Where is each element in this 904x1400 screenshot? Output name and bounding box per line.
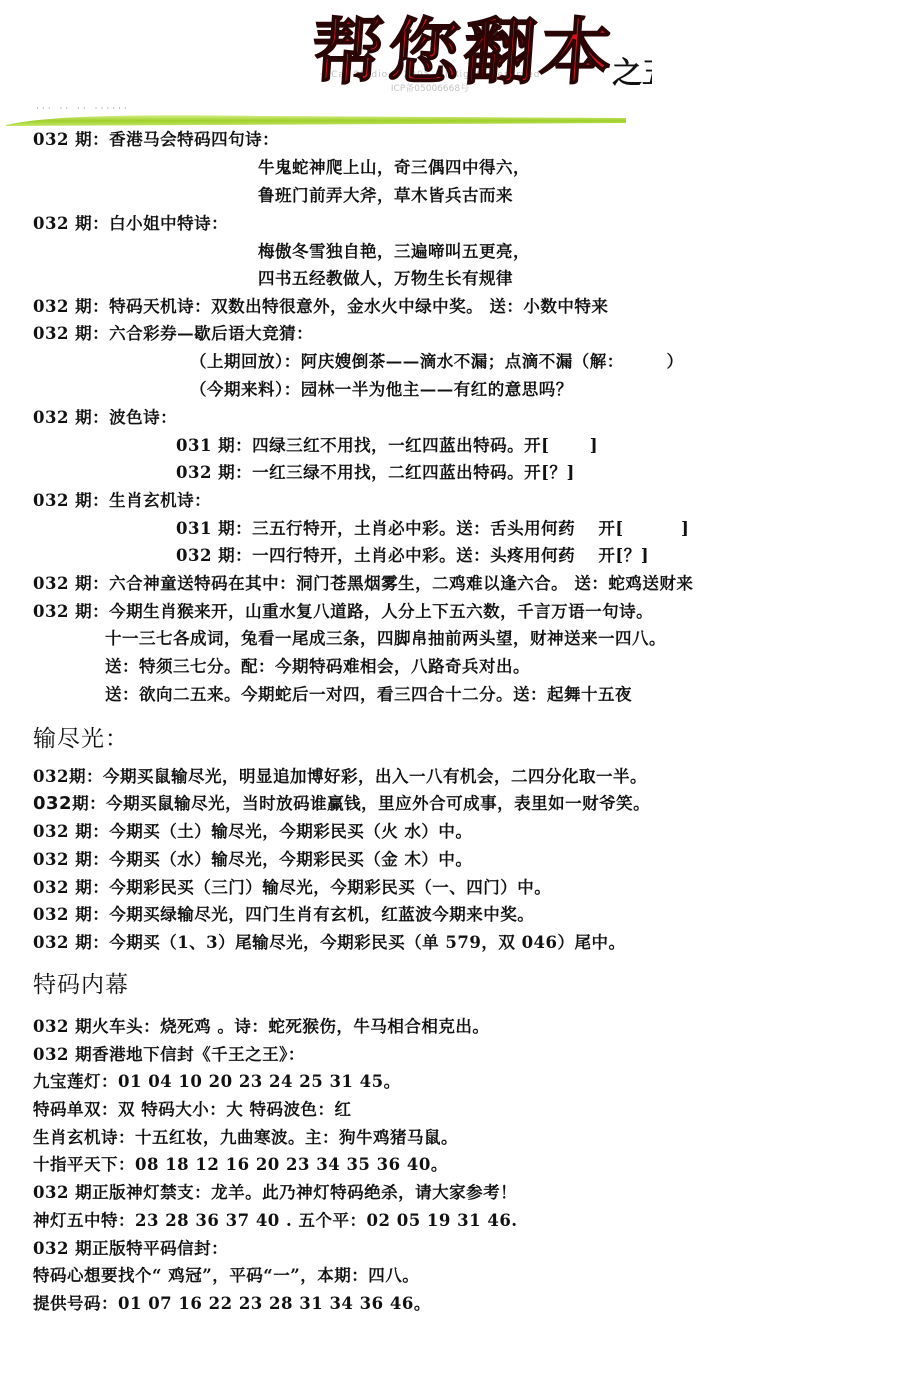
issue-number: 032 <box>33 878 75 897</box>
title-glyph: 您 <box>385 10 467 94</box>
text-line: 032 期：今期生肖猴来开，山重水复八道路，人分上下五六数，千言万语一句诗。 <box>33 600 653 624</box>
text-line: 四书五经教做人，万物生长有规律 <box>258 267 513 291</box>
text-line: 032 期：六合彩券—歇后语大竞猜： <box>33 322 313 346</box>
text-line: 032 期：今期买（水）输尽光，今期彩民买（金 木）中。 <box>33 848 472 872</box>
line-text: 期：今期买（水）输尽光，今期彩民买（金 木）中。 <box>75 850 472 869</box>
line-text: 期：今期买鼠输尽光，当时放码谁赢钱，里应外合可成事，表里如一财爷笑。 <box>72 794 650 813</box>
text-line: 032 期：生肖玄机诗： <box>33 489 211 513</box>
header-banner: ··· ·· ·· ······ ·· Car Studio ·· 2005 A… <box>0 0 904 130</box>
issue-number: 032 <box>33 850 75 869</box>
text-line: 十指平天下：08 18 12 16 20 23 34 35 36 40。 <box>33 1153 448 1177</box>
text-line: 特码单双：双 特码大小：大 特码波色：红 <box>33 1098 352 1122</box>
text-line: 生肖玄机诗：十五红妆，九曲寒波。主：狗牛鸡猪马鼠。 <box>33 1126 458 1150</box>
text-line: 神灯五中特：23 28 36 37 40 . 五个平：02 05 19 31 4… <box>33 1209 518 1233</box>
line-text: 期：今期买绿输尽光，四门生肖有玄机，红蓝波今期来中奖。 <box>75 905 534 924</box>
text-line: 鲁班门前弄大斧，草木皆兵古而来 <box>258 184 513 208</box>
issue-number: 032 <box>33 822 75 841</box>
text-line: 032 期：今期买（土）输尽光，今期彩民买（火 水）中。 <box>33 820 472 844</box>
text-line: 032 期：今期买绿输尽光，四门生肖有玄机，红蓝波今期来中奖。 <box>33 903 534 927</box>
text-line: 特码心想要找个“ 鸡冠”，平码“一”，本期：四八。 <box>33 1264 419 1288</box>
line-text: 期：今期买（土）输尽光，今期彩民买（火 水）中。 <box>75 822 472 841</box>
issue-number: 032 <box>33 905 75 924</box>
text-line: 032 期：六合神童送特码在其中：洞门苍黑烟雾生，二鸡难以逢六合。 送：蛇鸡送财… <box>33 572 693 596</box>
text-line: 提供号码：01 07 16 22 23 28 31 34 36 46。 <box>33 1292 431 1316</box>
text-line: 032 期：白小姐中特诗： <box>33 212 228 236</box>
text-line: 032 期：今期彩民买（三门）输尽光，今期彩民买（一、四门）中。 <box>33 876 551 900</box>
text-line: （上期回放）：阿庆嫂倒茶——滴水不漏；点滴不漏（解： ） <box>190 350 684 374</box>
text-line: 031 期：三五行特开，土肖必中彩。送：舌头用何药 开[ ] <box>176 517 689 541</box>
text-line: 031 期：四绿三红不用找，一红四蓝出特码。开[ ] <box>176 434 598 458</box>
line-text: 期：今期买（1、3）尾输尽光，今期彩民买（单 579，双 046）尾中。 <box>75 933 625 952</box>
text-line: 032 期正版神灯禁支：龙羊。此乃神灯特码绝杀，请大家参考！ <box>33 1181 517 1205</box>
section-heading-insider: 特码内幕 <box>33 970 129 1000</box>
text-line: 032 期：一红三绿不用找，二红四蓝出特码。开[？] <box>176 461 575 485</box>
issue-number: 032 <box>33 793 72 814</box>
text-line: 梅傲冬雪独自艳，三遍啼叫五更亮， <box>258 240 530 264</box>
title-glyph: 帮 <box>309 10 391 94</box>
title-glyph: 本 <box>537 10 619 94</box>
text-line: 032 期正版特平码信封： <box>33 1237 228 1261</box>
text-line: 032 期：今期买（1、3）尾输尽光，今期彩民买（单 579，双 046）尾中。 <box>33 931 626 955</box>
title-suffix: 之五 <box>612 56 652 92</box>
line-text: 期：今期买鼠输尽光，明显追加博好彩，出入一八有机会，二四分化取一半。 <box>69 767 647 786</box>
issue-number: 032 <box>33 767 69 786</box>
text-line: 032期：今期买鼠输尽光，当时放码谁赢钱，里应外合可成事，表里如一财爷笑。 <box>33 792 650 816</box>
text-line: 032 期：特码天机诗：双数出特很意外，金水火中绿中奖。 送：小数中特来 <box>33 295 608 319</box>
green-swoosh-divider <box>6 110 626 126</box>
issue-number: 032 <box>33 933 75 952</box>
text-line: 032期：今期买鼠输尽光，明显追加博好彩，出入一八有机会，二四分化取一半。 <box>33 765 647 789</box>
text-line: 032 期：香港马会特码四句诗： <box>33 128 279 152</box>
text-line: （今期来料）：园林一半为他主——有红的意思吗？ <box>190 378 573 402</box>
text-line: 送：特须三七分。配：今期特码难相会，八路奇兵对出。 <box>105 655 530 679</box>
line-text: 期：今期彩民买（三门）输尽光，今期彩民买（一、四门）中。 <box>75 878 551 897</box>
banner-title: 帮 您 翻 本 之五 <box>312 4 652 94</box>
text-line: 032 期：波色诗： <box>33 406 177 430</box>
text-line: 十一三七各成词，兔看一尾成三条，四脚帛抽前两头望，财神送来一四八。 <box>105 627 666 651</box>
text-line: 送：欲向二五来。今期蛇后一对四，看三四合十二分。送：起舞十五夜 <box>105 683 632 707</box>
text-line: 032 期：一四行特开，土肖必中彩。送：头疼用何药 开[？] <box>176 544 649 568</box>
text-line: 032 期火车头：烧死鸡 。诗：蛇死猴伤，牛马相合相克出。 <box>33 1015 489 1039</box>
section-heading-lose-all: 输尽光： <box>33 724 129 754</box>
text-line: 九宝莲灯：01 04 10 20 23 24 25 31 45。 <box>33 1070 401 1094</box>
text-line: 牛鬼蛇神爬上山，奇三偶四中得六， <box>258 156 530 180</box>
text-line: 032 期香港地下信封《千王之王》： <box>33 1043 305 1067</box>
title-glyph: 翻 <box>461 10 543 94</box>
